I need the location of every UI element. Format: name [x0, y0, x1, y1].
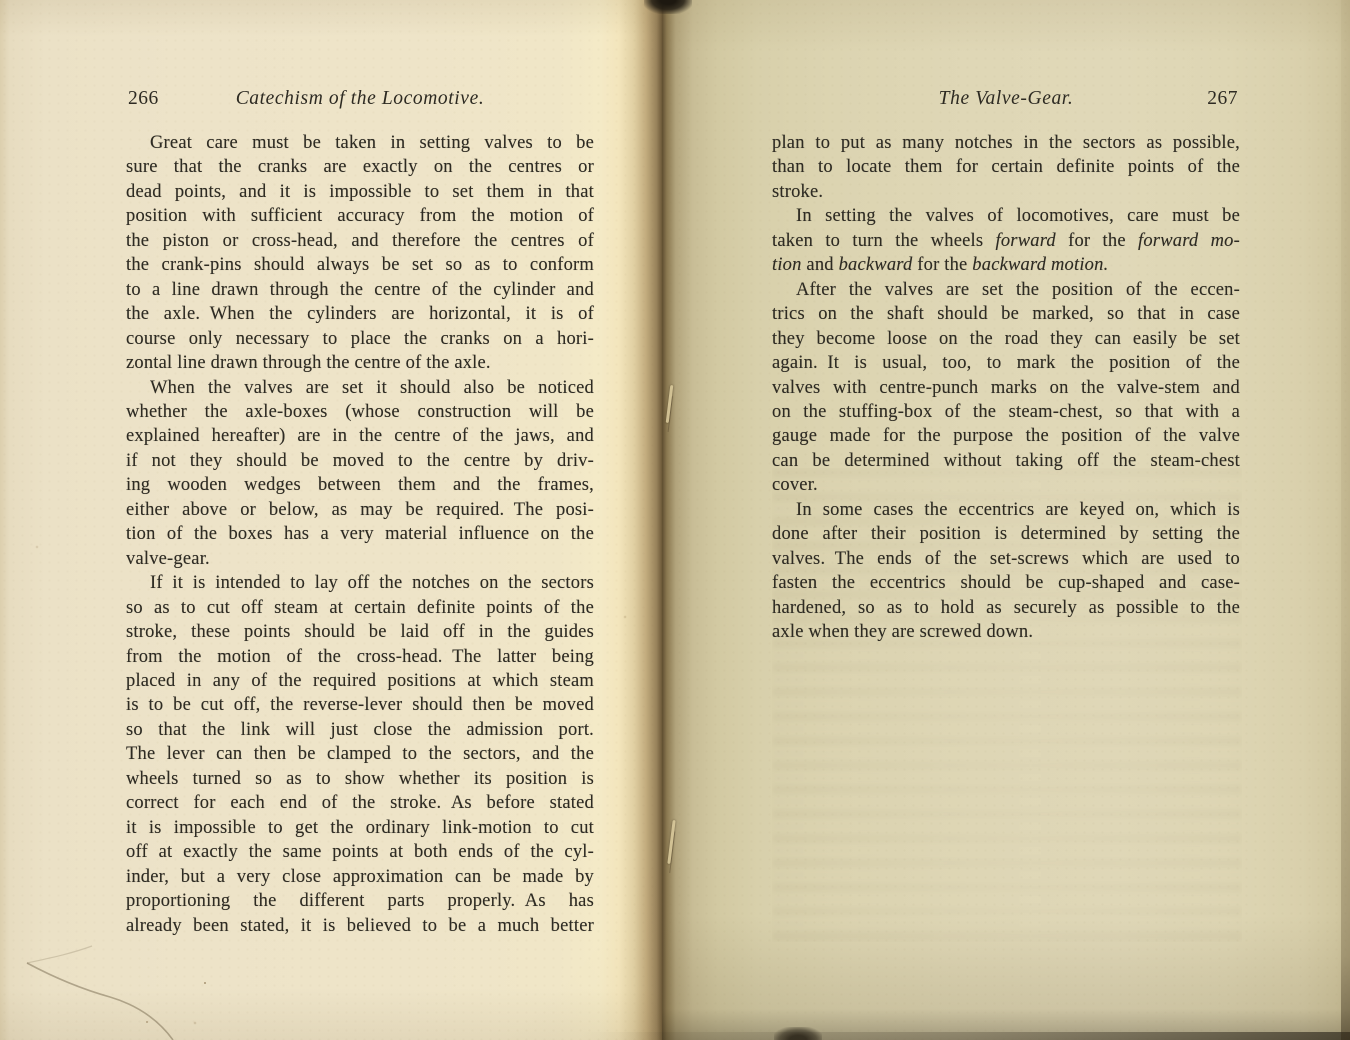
text-line: whether the axle-boxes (whose constructi… — [126, 400, 594, 424]
text-line: axle when they are screwed down. — [772, 620, 1240, 644]
text-line: to a line drawn through the centre of th… — [126, 278, 594, 302]
text-line: off at exactly the same points at both e… — [126, 840, 594, 864]
text-line: In setting the valves of locomotives, ca… — [772, 204, 1240, 228]
right-page-header: The Valve-Gear. 267 — [772, 88, 1240, 116]
text-line: In some cases the eccentrics are keyed o… — [772, 498, 1240, 522]
right-page-body: plan to put as many notches in the secto… — [772, 131, 1240, 651]
text-line: done after their position is determined … — [772, 522, 1240, 546]
text-line: valves with centre-punch marks on the va… — [772, 376, 1240, 400]
text-line: fasten the eccentrics should be cup-shap… — [772, 571, 1240, 595]
text-line: plan to put as many notches in the secto… — [772, 131, 1240, 155]
text-line: ing wooden wedges between them and the f… — [126, 473, 594, 497]
spine-notch-top — [644, 0, 692, 14]
right-running-title: The Valve-Gear. — [772, 88, 1240, 110]
text-line: if not they should be moved to the centr… — [126, 449, 594, 473]
book-spread: 266 Catechism of the Locomotive. The Val… — [0, 0, 1350, 1040]
text-line: placed in any of the required positions … — [126, 669, 594, 693]
text-line: so as to cut off steam at certain defini… — [126, 596, 594, 620]
text-line: they become loose on the road they can e… — [772, 327, 1240, 351]
text-line: inder, but a very close approximation ca… — [126, 865, 594, 889]
text-line: sure that the cranks are exactly on the … — [126, 155, 594, 179]
text-line: so that the link will just close the adm… — [126, 718, 594, 742]
text-line: Great care must be taken in setting valv… — [126, 131, 594, 155]
right-edge-shadow — [1341, 0, 1350, 1040]
text-line: from the motion of the cross-head. The l… — [126, 645, 594, 669]
text-line: position with sufficient accuracy from t… — [126, 204, 594, 228]
text-line: After the valves are set the position of… — [772, 278, 1240, 302]
text-line: The lever can then be clamped to the sec… — [126, 742, 594, 766]
text-line: is to be cut off, the reverse-lever shou… — [126, 693, 594, 717]
text-line: course only necessary to place the crank… — [126, 327, 594, 351]
text-line: gauge made for the purpose the position … — [772, 424, 1240, 448]
bottom-edge-shadow — [580, 1032, 1350, 1040]
text-line: zontal line drawn through the centre of … — [126, 351, 594, 375]
text-line: dead points, and it is impossible to set… — [126, 180, 594, 204]
text-line: correct for each end of the stroke. As b… — [126, 791, 594, 815]
text-line: trics on the shaft should be marked, so … — [772, 302, 1240, 326]
text-line: than to locate them for certain definite… — [772, 155, 1240, 179]
text-line: tion of the boxes has a very material in… — [126, 522, 594, 546]
text-line: stroke, these points should be laid off … — [126, 620, 594, 644]
text-line: either above or below, as may be require… — [126, 498, 594, 522]
text-line: explained hereafter) are in the centre o… — [126, 424, 594, 448]
text-line: cover. — [772, 473, 1240, 497]
text-line: again. It is usual, too, to mark the pos… — [772, 351, 1240, 375]
text-line: it is impossible to get the ordinary lin… — [126, 816, 594, 840]
text-line: When the valves are set it should also b… — [126, 376, 594, 400]
text-line: wheels turned so as to show whether its … — [126, 767, 594, 791]
left-running-title: Catechism of the Locomotive. — [126, 88, 594, 110]
text-line: hardened, so as to hold as securely as p… — [772, 596, 1240, 620]
text-line: tion and backward for the backward motio… — [772, 253, 1240, 277]
right-page-number: 267 — [1207, 88, 1238, 110]
text-line: If it is intended to lay off the notches… — [126, 571, 594, 595]
foxing-specks — [204, 982, 206, 984]
text-line: valves. The ends of the set-screws which… — [772, 547, 1240, 571]
left-page-number: 266 — [128, 88, 159, 110]
left-page-header: 266 Catechism of the Locomotive. — [126, 88, 594, 116]
text-line: stroke. — [772, 180, 1240, 204]
text-line: can be determined without taking off the… — [772, 449, 1240, 473]
text-line: on the stuffing-box of the steam-chest, … — [772, 400, 1240, 424]
text-line: valve-gear. — [126, 547, 594, 571]
text-line: proportioning the different parts proper… — [126, 889, 594, 913]
text-line: the piston or cross-head, and therefore … — [126, 229, 594, 253]
text-line: the axle. When the cylinders are horizon… — [126, 302, 594, 326]
left-page-body: Great care must be taken in setting valv… — [126, 131, 594, 943]
text-line: already been stated, it is believed to b… — [126, 914, 594, 938]
text-line: taken to turn the wheels forward for the… — [772, 229, 1240, 253]
text-line: the crank-pins should always be set so a… — [126, 253, 594, 277]
